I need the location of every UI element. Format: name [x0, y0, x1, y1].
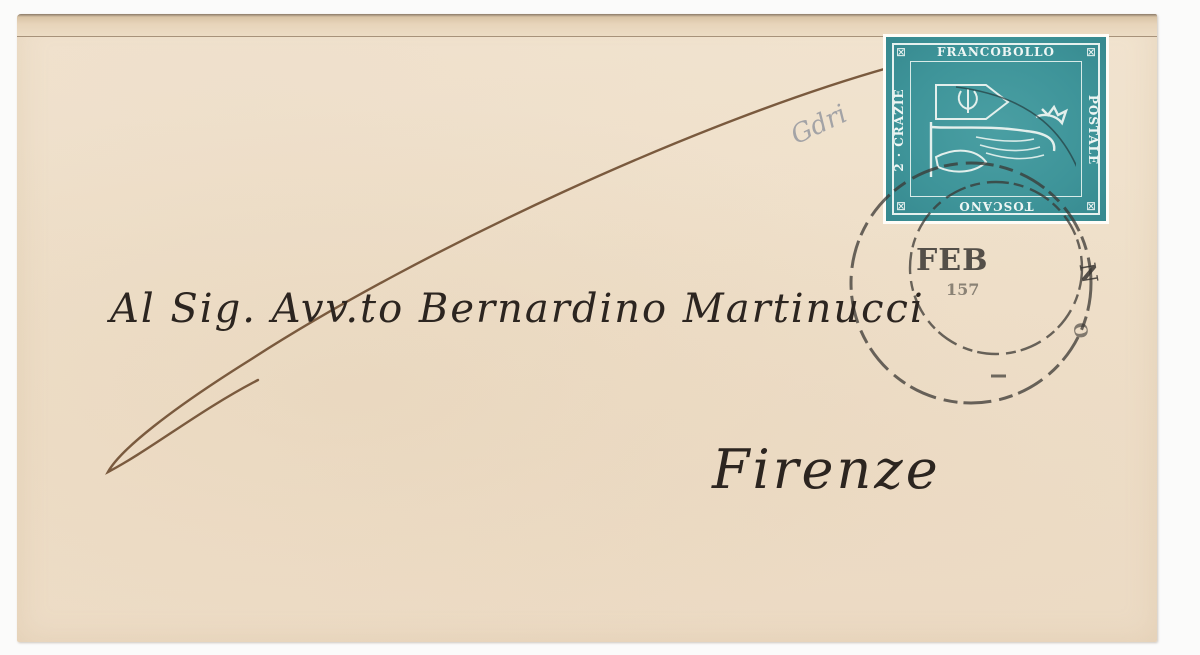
- address-city: Firenze: [712, 438, 941, 501]
- postage-stamp: FRANCOBOLLO TOSCANO 2 · CRAZIE POSTALE ⊠…: [883, 34, 1109, 224]
- stamp-top-text: FRANCOBOLLO: [886, 45, 1106, 59]
- corner-cross-icon: ⊠: [1084, 199, 1098, 213]
- postmark-month: FEB: [916, 243, 989, 278]
- stamp-bottom-text: TOSCANO: [886, 199, 1106, 213]
- stamp-right-text: POSTALE: [1086, 55, 1100, 205]
- corner-cross-icon: ⊠: [894, 45, 908, 59]
- addressee-line: Al Sig. Avv.to Bernardino Martinucci: [110, 286, 925, 332]
- marzocco-lion-icon: [916, 67, 1076, 191]
- corner-cross-icon: ⊠: [1084, 45, 1098, 59]
- stamp-value-text: 2 · CRAZIE: [892, 55, 906, 205]
- postmark-date: 157: [946, 280, 979, 299]
- corner-cross-icon: ⊠: [894, 199, 908, 213]
